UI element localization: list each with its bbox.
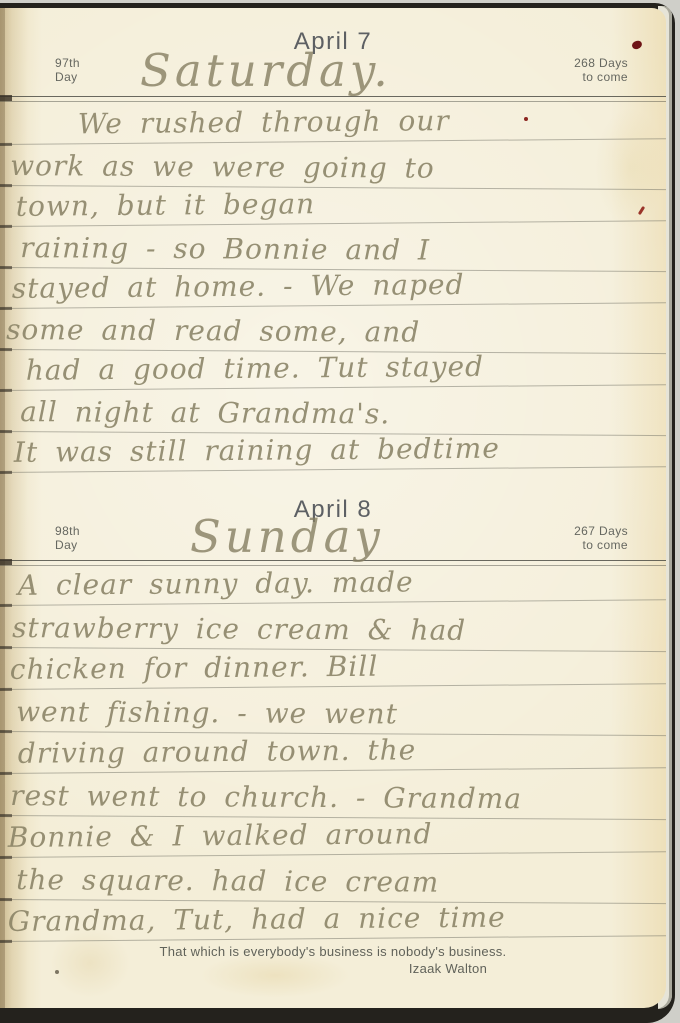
scanned-diary-photo: { "document": { "entries": [ { "printed_… (0, 0, 680, 1023)
paper-stain (55, 970, 59, 974)
handwritten-line: chicken for dinner. Bill (0, 642, 666, 690)
handwritten-line: Grandma, Tut, had a nice time (0, 894, 666, 942)
day-number: 97th (55, 56, 80, 70)
days-remaining-label: to come (574, 538, 628, 552)
days-remaining: 267 Days (574, 524, 628, 538)
paper-stain (200, 953, 350, 998)
handwritten-line: It was still raining at bedtime (0, 426, 666, 473)
handwritten-weekday: Saturday. (140, 44, 392, 97)
handwritten-line: A clear sunny day. made (0, 558, 666, 606)
day-number-block: 97th Day (55, 56, 80, 84)
handwritten-line: Bonnie & I walked around (0, 810, 666, 858)
handwritten-line: stayed at home. - We naped (0, 262, 666, 309)
diary-page: April 7 97th Day 268 Days to come Saturd… (0, 8, 666, 1008)
days-remaining: 268 Days (574, 56, 628, 70)
days-remaining-label: to come (574, 70, 628, 84)
handwritten-line: We rushed through our (0, 98, 666, 145)
entry-text-april-8: A clear sunny day. made strawberry ice c… (0, 564, 666, 942)
handwritten-line: had a good time. Tut stayed (0, 344, 666, 391)
entry-text-april-7: We rushed through our work as we were go… (0, 104, 666, 473)
handwritten-line: driving around town. the (0, 726, 666, 774)
day-word: Day (55, 538, 80, 552)
days-to-come-block: 267 Days to come (574, 524, 628, 552)
handwritten-line: town, but it began (0, 180, 666, 227)
handwritten-weekday: Sunday (190, 510, 384, 563)
day-number-block: 98th Day (55, 524, 80, 552)
days-to-come-block: 268 Days to come (574, 56, 628, 84)
day-word: Day (55, 70, 80, 84)
day-number: 98th (55, 524, 80, 538)
